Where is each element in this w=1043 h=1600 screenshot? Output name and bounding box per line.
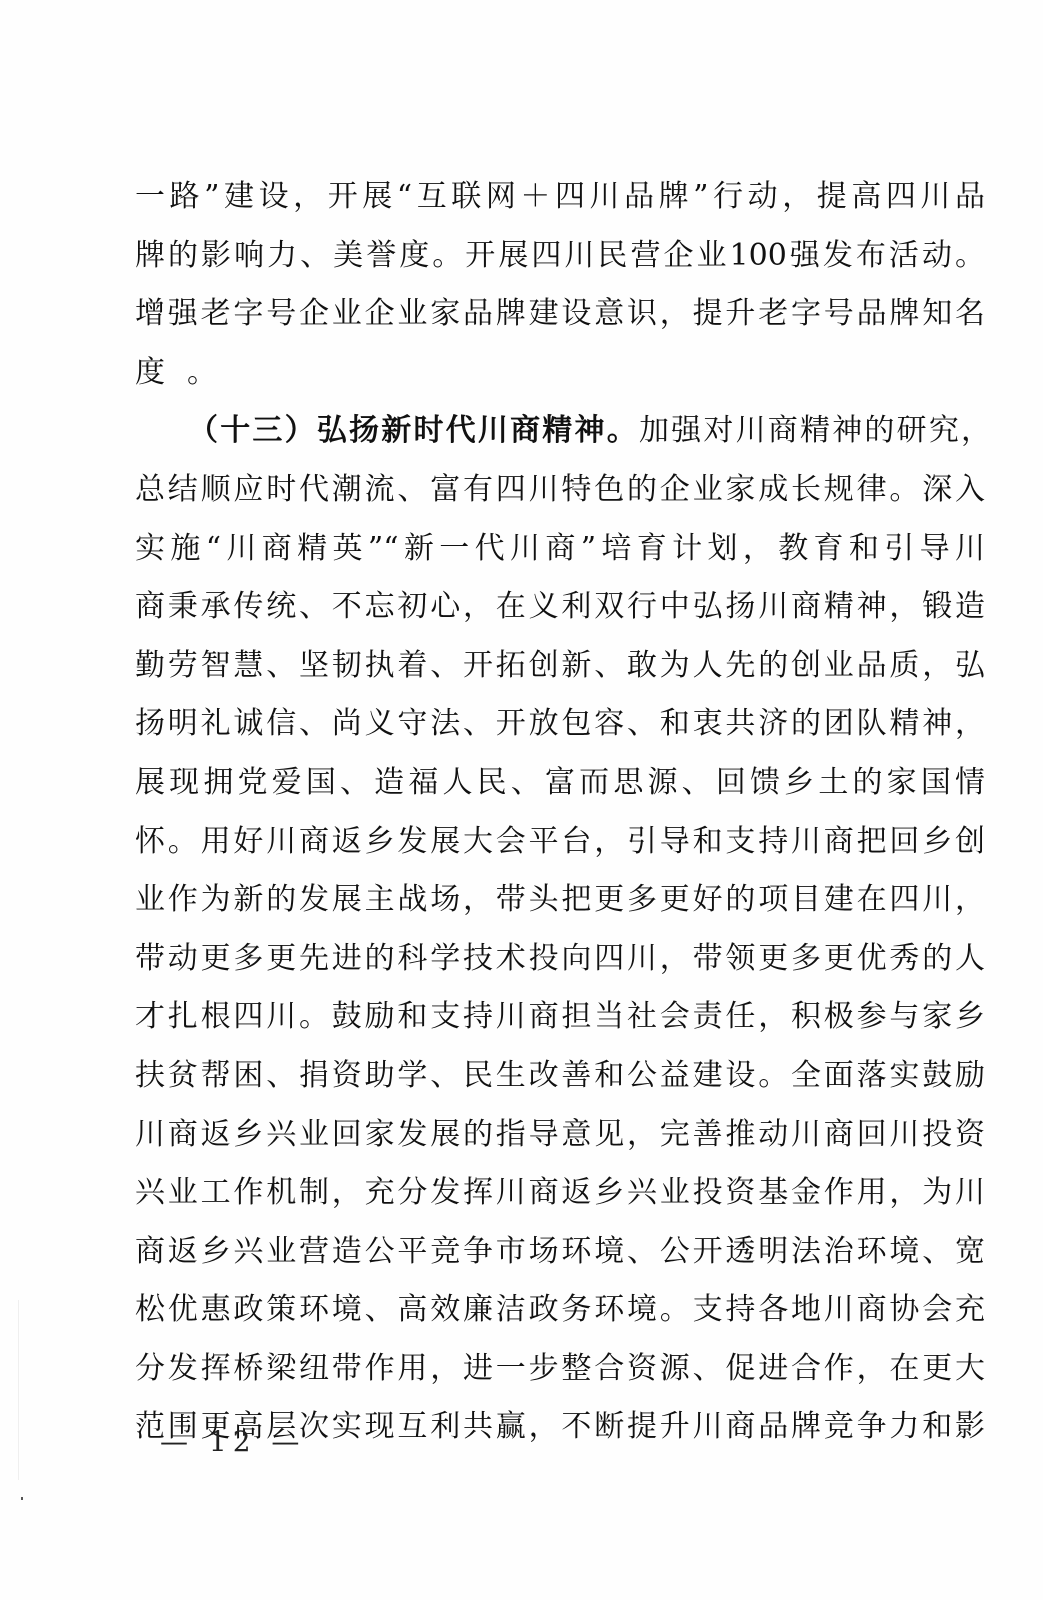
- paragraph-line: 分发挥桥梁纽带作用，进一步整合资源、促进合作，在更大: [135, 1340, 985, 1399]
- paragraph-line: 商返乡兴业营造公平竞争市场环境、公开透明法治环境、宽: [135, 1223, 985, 1282]
- paragraph-line: 扶贫帮困、捐资助学、民生改善和公益建设。全面落实鼓励: [135, 1047, 985, 1106]
- document-page: 一路”建设，开展“互联网＋四川品牌”行动，提高四川品 牌的影响力、美誉度。开展四…: [0, 0, 1043, 1600]
- scan-dot-mark: [21, 1497, 23, 1500]
- paragraph-line: 商秉承传统、不忘初心，在义利双行中弘扬川商精神，锻造: [135, 578, 985, 637]
- paragraph-line: 勤劳智慧、坚韧执着、开拓创新、敢为人先的创业品质，弘: [135, 637, 985, 696]
- paragraph-line: 增强老字号企业企业家品牌建设意识，提升老字号品牌知名: [135, 285, 985, 344]
- page-number: — 12 —: [160, 1425, 305, 1458]
- paragraph-line: 兴业工作机制，充分发挥川商返乡兴业投资基金作用，为川: [135, 1164, 985, 1223]
- paragraph-line: 才扎根四川。鼓励和支持川商担当社会责任，积极参与家乡: [135, 988, 985, 1047]
- paragraph-line: 总结顺应时代潮流、富有四川特色的企业家成长规律。深入: [135, 461, 985, 520]
- paragraph-line: 怀。用好川商返乡发展大会平台，引导和支持川商把回乡创: [135, 813, 985, 872]
- paragraph-line: 展现拥党爱国、造福人民、富而思源、回馈乡土的家国情: [135, 754, 985, 813]
- paragraph-line: 度。: [135, 344, 995, 403]
- paragraph-line: 业作为新的发展主战场，带头把更多更好的项目建在四川，: [135, 871, 985, 930]
- section-heading-line: （十三）弘扬新时代川商精神。加强对川商精神的研究，: [135, 402, 985, 461]
- scan-edge-mark: [18, 1300, 19, 1480]
- paragraph-line: 带动更多更先进的科学技术投向四川，带领更多更优秀的人: [135, 930, 985, 989]
- paragraph-line: 松优惠政策环境、高效廉洁政务环境。支持各地川商协会充: [135, 1281, 985, 1340]
- paragraph-line: 扬明礼诚信、尚义守法、开放包容、和衷共济的团队精神，: [135, 695, 985, 754]
- section-heading: （十三）弘扬新时代川商精神。: [188, 413, 639, 448]
- body-text: 一路”建设，开展“互联网＋四川品牌”行动，提高四川品 牌的影响力、美誉度。开展四…: [135, 168, 995, 1457]
- paragraph-line: 牌的影响力、美誉度。开展四川民营企业100强发布活动。: [135, 227, 985, 286]
- section-heading-rest: 加强对川商精神的研究，: [639, 413, 993, 448]
- paragraph-line: 川商返乡兴业回家发展的指导意见，完善推动川商回川投资: [135, 1106, 985, 1165]
- paragraph-line: 一路”建设，开展“互联网＋四川品牌”行动，提高四川品: [135, 168, 985, 227]
- paragraph-line: 实施“川商精英”“新一代川商”培育计划，教育和引导川: [135, 520, 985, 579]
